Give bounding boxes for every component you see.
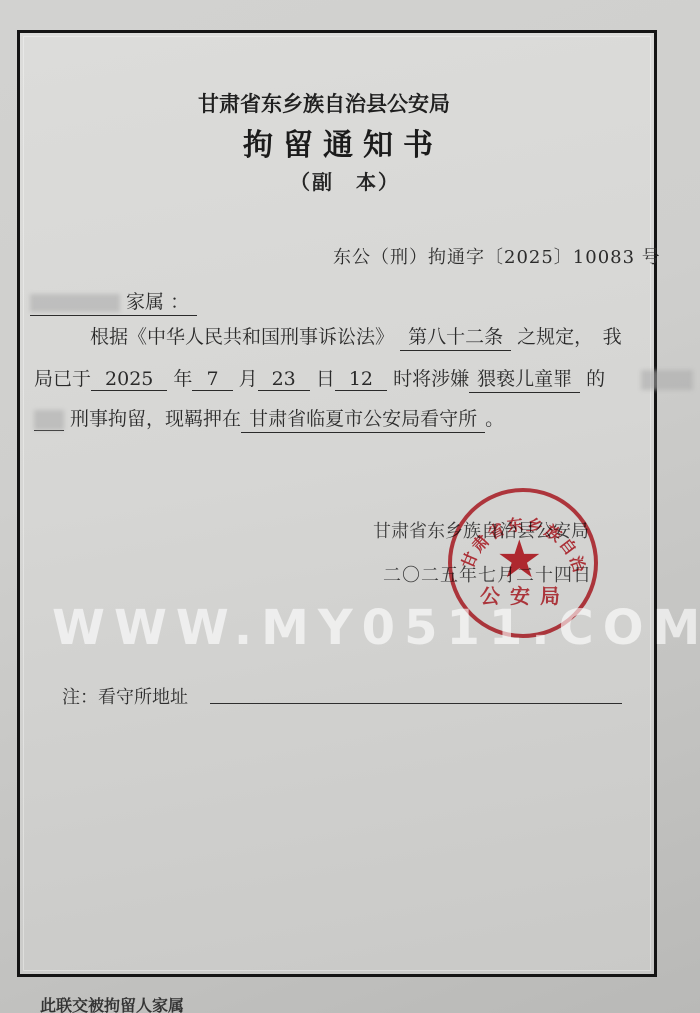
- p3-end: 。: [485, 408, 504, 430]
- year-unit: 年: [173, 368, 192, 390]
- body-paragraph-2: 局已于2025 年7 月23 日12 时将涉嫌猥亵儿童罪 的: [34, 364, 693, 393]
- copy-label: （副 本）: [290, 166, 400, 195]
- document-title: 拘留通知书: [243, 120, 443, 164]
- law-reference-text: 根据《中华人民共和国刑事诉讼法》: [90, 326, 394, 348]
- day-unit: 日: [316, 368, 335, 390]
- footer-note: 此联交被拘留人家属: [40, 993, 184, 1013]
- detainee-underline: [34, 408, 64, 431]
- charge: 猥亵儿童罪: [469, 364, 580, 393]
- note-label: 注：看守所地址: [62, 683, 188, 709]
- detention-center: 甘肃省临夏市公安局看守所: [241, 404, 485, 433]
- document-number: 东公（刑）拘通字〔2025〕10083 号: [333, 243, 661, 269]
- recipient-underline: 家属 ：: [30, 287, 197, 316]
- detention-month: 7: [192, 368, 232, 391]
- redacted-detainee-part1: [641, 370, 693, 390]
- p1-suffix: 之规定， 我: [517, 326, 622, 348]
- watermark: WWW.MY0511.COM: [52, 600, 700, 656]
- detention-hour: 12: [335, 368, 387, 391]
- detention-year: 2025: [91, 368, 167, 391]
- p2-prefix: 局已于: [34, 368, 91, 390]
- hour-unit: 时将涉嫌: [393, 368, 469, 390]
- body-paragraph-3: 刑事拘留，现羁押在甘肃省临夏市公安局看守所。: [34, 404, 504, 433]
- p3-text: 刑事拘留，现羁押在: [70, 408, 241, 430]
- law-article: 第八十二条: [400, 322, 511, 351]
- recipient-line: 家属 ：: [30, 287, 197, 316]
- p2-suffix: 的: [586, 368, 605, 390]
- body-paragraph-1: 根据《中华人民共和国刑事诉讼法》 第八十二条 之规定， 我: [90, 322, 622, 351]
- month-unit: 月: [239, 368, 258, 390]
- redacted-detainee-part2: [34, 410, 64, 430]
- issuing-org-header: 甘肃省东乡族自治县公安局: [198, 88, 450, 118]
- star-icon: ★: [496, 534, 543, 586]
- redacted-name: [30, 294, 120, 312]
- detention-day: 23: [258, 368, 310, 391]
- address-blank-line: [210, 703, 622, 704]
- recipient-suffix: 家属 ：: [126, 291, 189, 313]
